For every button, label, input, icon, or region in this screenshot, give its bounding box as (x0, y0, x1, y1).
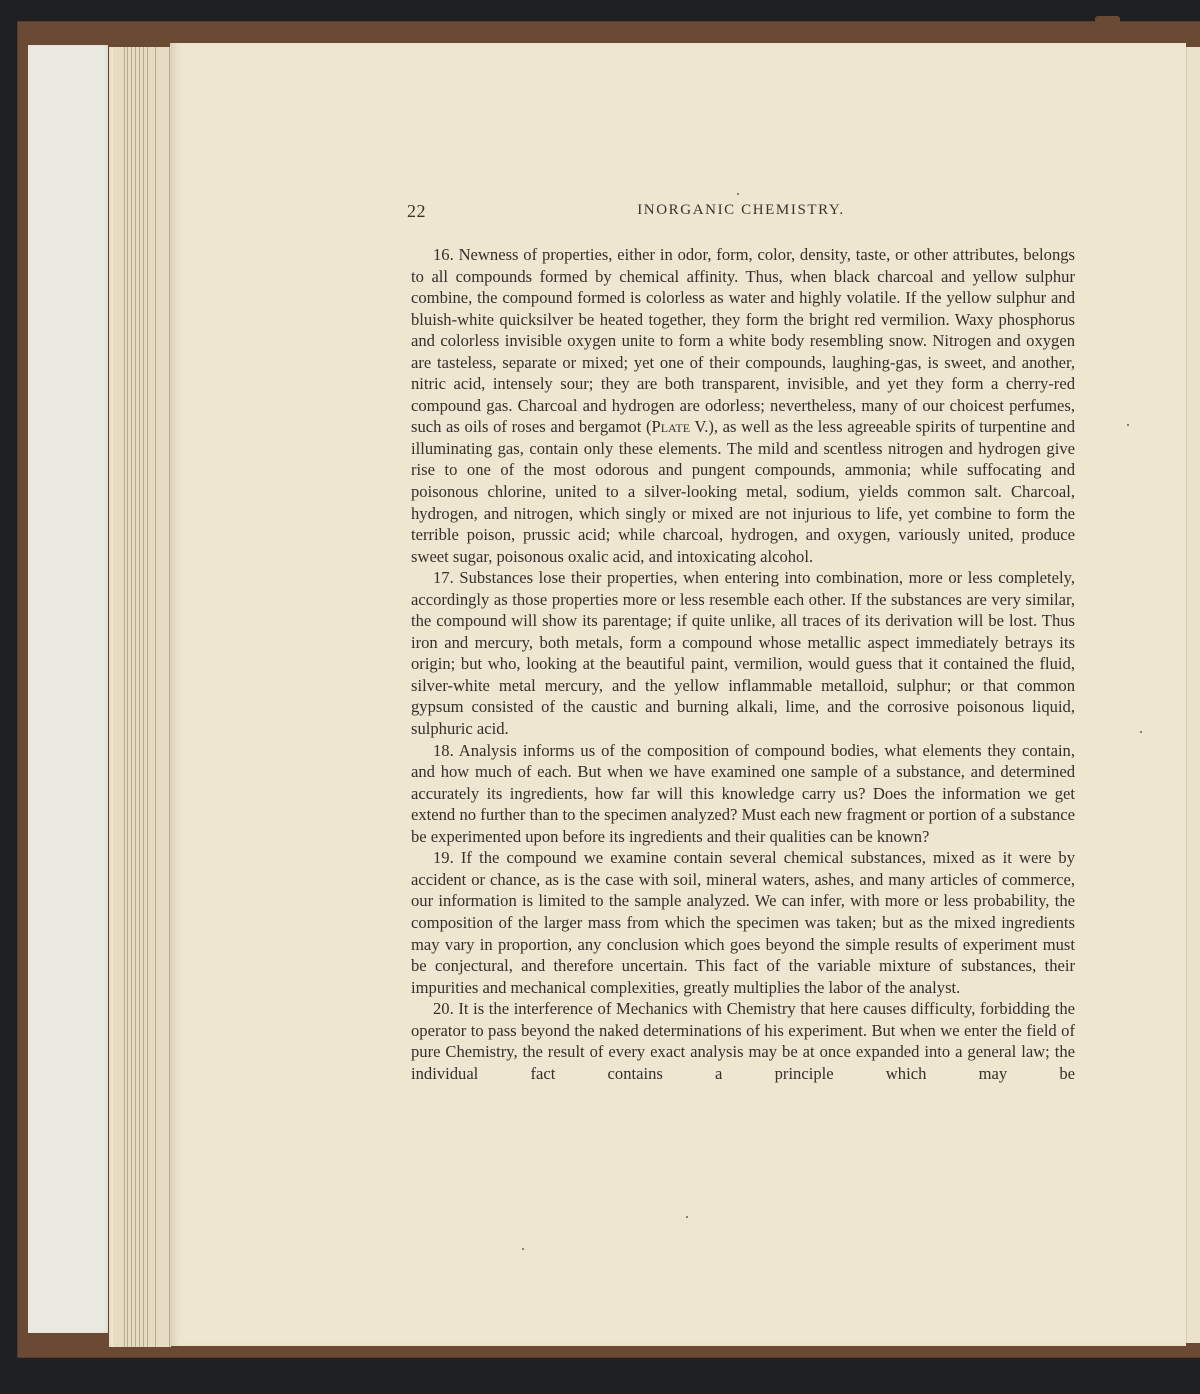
paragraph-text: Substances lose their properties, when e… (411, 568, 1075, 738)
plate-reference: Plate (651, 417, 690, 436)
paper-speck (686, 1216, 688, 1218)
running-title: INORGANIC CHEMISTRY. (407, 202, 1075, 219)
paragraph-number: 20. (433, 999, 454, 1018)
paragraph-text: It is the interference of Mechanics with… (411, 999, 1075, 1083)
cover-tear (1095, 16, 1120, 28)
paragraph-text: V.), as well as the less agreeable spiri… (411, 417, 1075, 565)
paper-speck (522, 1248, 524, 1250)
paragraph-number: 18. (433, 741, 454, 760)
paper-speck (1127, 424, 1129, 426)
paragraph-number: 16. (433, 245, 454, 264)
paragraph-text: If the compound we examine contain sever… (411, 848, 1075, 996)
paragraph-text: Analysis informs us of the composition o… (411, 741, 1075, 846)
paragraph-19: 19. If the compound we examine contain s… (411, 847, 1075, 998)
next-page-edge (1186, 47, 1200, 1343)
paragraph-20: 20. It is the interference of Mechanics … (411, 998, 1075, 1084)
page-edges (109, 47, 171, 1347)
paper-speck (737, 193, 739, 195)
paragraph-18: 18. Analysis informs us of the compositi… (411, 740, 1075, 848)
endpaper (28, 45, 108, 1333)
paragraph-number: 17. (433, 568, 454, 587)
paragraph-text: Newness of properties, either in odor, f… (411, 245, 1075, 436)
paragraph-16: 16. Newness of properties, either in odo… (411, 244, 1075, 567)
paper-speck (1140, 731, 1142, 733)
body-text: 16. Newness of properties, either in odo… (411, 244, 1075, 1084)
paragraph-number: 19. (433, 848, 454, 867)
paragraph-17: 17. Substances lose their properties, wh… (411, 567, 1075, 739)
running-head: 22 INORGANIC CHEMISTRY. (407, 201, 1075, 225)
